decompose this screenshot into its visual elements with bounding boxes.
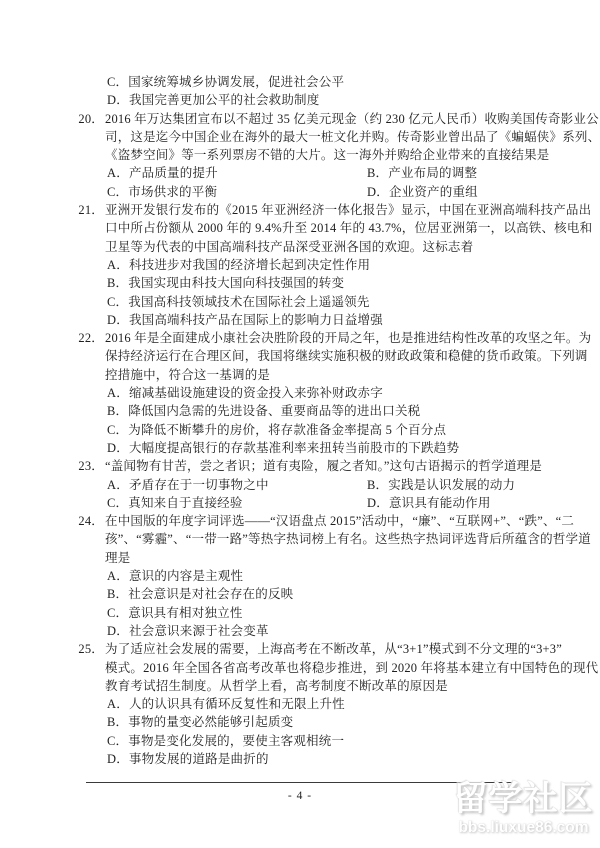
option-item: C．真知来自于直接经验 (107, 494, 367, 512)
option-label: A． (107, 478, 129, 492)
question-stem-line: 《盗梦空间》等一系列票房不错的大片。这一海外并购给企业带来的直接结果是 (0, 146, 600, 164)
stem-text: 为了适应社会发展的需要，上海高考在不断改革，从“3+1”模式到不分文理的“3+3… (105, 642, 562, 656)
option-row: C．我国高科技领域技术在国际社会上遥遥领先 (0, 293, 600, 311)
option-row: C．为降低不断攀升的房价，将存款准备金率提高 5 个百分点 (0, 421, 600, 439)
option-item: D．意识具有能动作用 (367, 496, 491, 510)
option-text: 实践是认识发展的动力 (388, 478, 515, 492)
option-label: A． (107, 386, 129, 400)
option-label: B． (367, 478, 388, 492)
option-label: C． (107, 606, 128, 620)
question-number: 20． (0, 110, 104, 128)
option-label: C． (107, 75, 128, 89)
option-row: C．真知来自于直接经验D．意识具有能动作用 (0, 494, 600, 512)
option-text: 事物的量变必然能够引起质变 (128, 715, 293, 729)
question-list: C．国家统筹城乡协调发展，促进社会公平D．我国完善更加公平的社会救助制度20．2… (0, 73, 600, 768)
page-number: - 4 - (0, 790, 600, 802)
option-row: A．产品质量的提升B．产业布局的调整 (0, 164, 600, 182)
stem-text: 2016 年万达集团宣布以不超过 35 亿美元现金（约 230 亿元人民币）收购… (105, 112, 599, 126)
stem-text: 孩”、“雾霾”、“一带一路”等热字热词榜上有名。这些热字热词评选背后所蕴含的哲学… (105, 532, 591, 546)
option-label: C． (107, 185, 128, 199)
option-text: 社会意识是对社会存在的反映 (128, 587, 293, 601)
option-text: 意识具有相对独立性 (128, 606, 242, 620)
watermark: 留学社区 bbs.liuxue86.com (436, 779, 600, 836)
option-label: D． (107, 441, 129, 455)
option-label: B． (107, 276, 128, 290)
option-label: A． (107, 697, 129, 711)
option-text: 大幅度提高银行的存款基准利率来扭转当前股市的下跌趋势 (129, 441, 459, 455)
option-row: A．科技进步对我国的经济增长起到决定性作用 (0, 256, 600, 274)
question-stem-line: 21．亚洲开发银行发布的《2015 年亚洲经济一体化报告》显示，中国在亚洲高端科… (0, 201, 600, 219)
stem-text: 2016 年是全面建成小康社会决胜阶段的开局之年，也是推进结构性改革的攻坚之年。… (105, 331, 591, 345)
option-text: 真知来自于直接经验 (128, 496, 242, 510)
option-row: A．意识的内容是主观性 (0, 567, 600, 585)
option-item: C．市场供求的平衡 (107, 183, 367, 201)
stem-text: “盖闻物有甘苦，尝之者识；道有夷险，履之者知。”这句古语揭示的哲学道理是 (105, 459, 542, 473)
watermark-url: bbs.liuxue86.com (436, 819, 600, 836)
question-stem-line: 理是 (0, 549, 600, 567)
option-text: 市场供求的平衡 (128, 185, 217, 199)
stem-text: 卫星等为代表的中国高端科技产品深受亚洲各国的欢迎。这标志着 (105, 240, 473, 254)
option-item: B．产业布局的调整 (367, 166, 477, 180)
option-label: C． (107, 423, 128, 437)
option-label: A． (107, 258, 129, 272)
question-number: 23． (0, 457, 104, 475)
question-number: 22． (0, 329, 104, 347)
option-row: B．事物的量变必然能够引起质变 (0, 713, 600, 731)
option-row: D．我国完善更加公平的社会救助制度 (0, 91, 600, 109)
question-stem-line: 控措施中，符合这一基调的是 (0, 366, 600, 384)
option-label: D． (367, 496, 389, 510)
question-stem-line: 22．2016 年是全面建成小康社会决胜阶段的开局之年，也是推进结构性改革的攻坚… (0, 329, 600, 347)
option-row: A．缩减基础设施建设的资金投入来弥补财政赤字 (0, 384, 600, 402)
option-text: 意识具有能动作用 (389, 496, 491, 510)
stem-text: 《盗梦空间》等一系列票房不错的大片。这一海外并购给企业带来的直接结果是 (105, 148, 550, 162)
footer-divider (86, 782, 517, 783)
option-row: B．降低国内急需的先进设备、重要商品等的进出口关税 (0, 402, 600, 420)
option-text: 事物发展的道路是曲折的 (129, 752, 269, 766)
option-row: B．社会意识是对社会存在的反映 (0, 585, 600, 603)
option-row: D．我国高端科技产品在国际上的影响力日益增强 (0, 311, 600, 329)
option-label: D． (107, 93, 129, 107)
option-label: A． (107, 166, 129, 180)
stem-text: 亚洲开发银行发布的《2015 年亚洲经济一体化报告》显示，中国在亚洲高端科技产品… (105, 203, 591, 217)
stem-text: 口中所占份额从 2000 年的 9.4%升至 2014 年的 43.7%，位居亚… (105, 221, 592, 235)
option-label: A． (107, 569, 129, 583)
question-number: 24． (0, 512, 104, 530)
option-row: C．国家统筹城乡协调发展，促进社会公平 (0, 73, 600, 91)
option-label: B． (107, 404, 128, 418)
question-stem-line: 23．“盖闻物有甘苦，尝之者识；道有夷险，履之者知。”这句古语揭示的哲学道理是 (0, 457, 600, 475)
option-label: D． (367, 185, 389, 199)
question-stem-line: 孩”、“雾霾”、“一带一路”等热字热词榜上有名。这些热字热词评选背后所蕴含的哲学… (0, 530, 600, 548)
option-label: D． (107, 752, 129, 766)
option-row: C．市场供求的平衡D．企业资产的重组 (0, 183, 600, 201)
option-item: B．实践是认识发展的动力 (367, 478, 515, 492)
option-text: 社会意识来源于社会变革 (129, 624, 269, 638)
stem-text: 模式。2016 年全国各省高考改革也将稳步推进，到 2020 年将基本建立有中国… (105, 661, 598, 675)
question-stem-line: 24．在中国版的年度字词评选——“汉语盘点 2015”活动中，“廉”、“互联网+… (0, 512, 600, 530)
option-item: A．矛盾存在于一切事物之中 (107, 476, 367, 494)
option-text: 矛盾存在于一切事物之中 (129, 478, 269, 492)
option-text: 企业资产的重组 (389, 185, 478, 199)
option-label: D． (107, 624, 129, 638)
question-stem-line: 口中所占份额从 2000 年的 9.4%升至 2014 年的 43.7%，位居亚… (0, 219, 600, 237)
option-label: C． (107, 496, 128, 510)
option-label: D． (107, 313, 129, 327)
option-text: 我国高端科技产品在国际上的影响力日益增强 (129, 313, 383, 327)
option-text: 产业布局的调整 (388, 166, 477, 180)
question-stem-line: 保持经济运行在合理区间，我国将继续实施积极的财政政策和稳健的货币政策。下列调 (0, 347, 600, 365)
option-text: 我国高科技领域技术在国际社会上遥遥领先 (128, 295, 369, 309)
option-row: A．人的认识具有循环反复性和无限上升性 (0, 695, 600, 713)
stem-text: 理是 (105, 551, 130, 565)
option-label: B． (367, 166, 388, 180)
question-stem-line: 模式。2016 年全国各省高考改革也将稳步推进，到 2020 年将基本建立有中国… (0, 659, 600, 677)
option-text: 国家统筹城乡协调发展，促进社会公平 (128, 75, 344, 89)
option-text: 科技进步对我国的经济增长起到决定性作用 (129, 258, 370, 272)
option-row: B．我国实现由科技大国向科技强国的转变 (0, 274, 600, 292)
option-label: B． (107, 587, 128, 601)
option-text: 人的认识具有循环反复性和无限上升性 (129, 697, 345, 711)
stem-text: 保持经济运行在合理区间，我国将继续实施积极的财政政策和稳健的货币政策。下列调 (105, 349, 588, 363)
option-text: 降低国内急需的先进设备、重要商品等的进出口关税 (128, 404, 420, 418)
option-row: A．矛盾存在于一切事物之中B．实践是认识发展的动力 (0, 476, 600, 494)
question-number: 25． (0, 640, 104, 658)
option-row: D．社会意识来源于社会变革 (0, 622, 600, 640)
option-item: A．产品质量的提升 (107, 164, 367, 182)
stem-text: 教育考试招生制度。从哲学上看，高考制度不断改革的原因是 (105, 679, 448, 693)
question-stem-line: 卫星等为代表的中国高端科技产品深受亚洲各国的欢迎。这标志着 (0, 238, 600, 256)
stem-text: 司，这是迄今中国企业在海外的最大一桩文化并购。传奇影业曾出品了《蝙蝠侠》系列、 (105, 130, 600, 144)
option-row: D．大幅度提高银行的存款基准利率来扭转当前股市的下跌趋势 (0, 439, 600, 457)
stem-text: 在中国版的年度字词评选——“汉语盘点 2015”活动中，“廉”、“互联网+”、“… (105, 514, 574, 528)
option-text: 意识的内容是主观性 (129, 569, 243, 583)
option-text: 我国完善更加公平的社会救助制度 (129, 93, 320, 107)
option-item: D．企业资产的重组 (367, 185, 478, 199)
question-stem-line: 教育考试招生制度。从哲学上看，高考制度不断改革的原因是 (0, 677, 600, 695)
option-text: 我国实现由科技大国向科技强国的转变 (128, 276, 344, 290)
question-stem-line: 20．2016 年万达集团宣布以不超过 35 亿美元现金（约 230 亿元人民币… (0, 110, 600, 128)
option-row: C．意识具有相对独立性 (0, 604, 600, 622)
question-stem-line: 司，这是迄今中国企业在海外的最大一桩文化并购。传奇影业曾出品了《蝙蝠侠》系列、 (0, 128, 600, 146)
option-row: D．事物发展的道路是曲折的 (0, 750, 600, 768)
question-number: 21． (0, 201, 104, 219)
option-text: 缩减基础设施建设的资金投入来弥补财政赤字 (129, 386, 383, 400)
option-label: C． (107, 295, 128, 309)
option-text: 事物是变化发展的，要使主客观相统一 (128, 734, 344, 748)
question-stem-line: 25．为了适应社会发展的需要，上海高考在不断改革，从“3+1”模式到不分文理的“… (0, 640, 600, 658)
stem-text: 控措施中，符合这一基调的是 (105, 368, 270, 382)
option-text: 为降低不断攀升的房价，将存款准备金率提高 5 个百分点 (128, 423, 446, 437)
option-text: 产品质量的提升 (129, 166, 218, 180)
option-row: C．事物是变化发展的，要使主客观相统一 (0, 732, 600, 750)
option-label: B． (107, 715, 128, 729)
option-label: C． (107, 734, 128, 748)
exam-page: C．国家统筹城乡协调发展，促进社会公平D．我国完善更加公平的社会救助制度20．2… (0, 0, 600, 848)
